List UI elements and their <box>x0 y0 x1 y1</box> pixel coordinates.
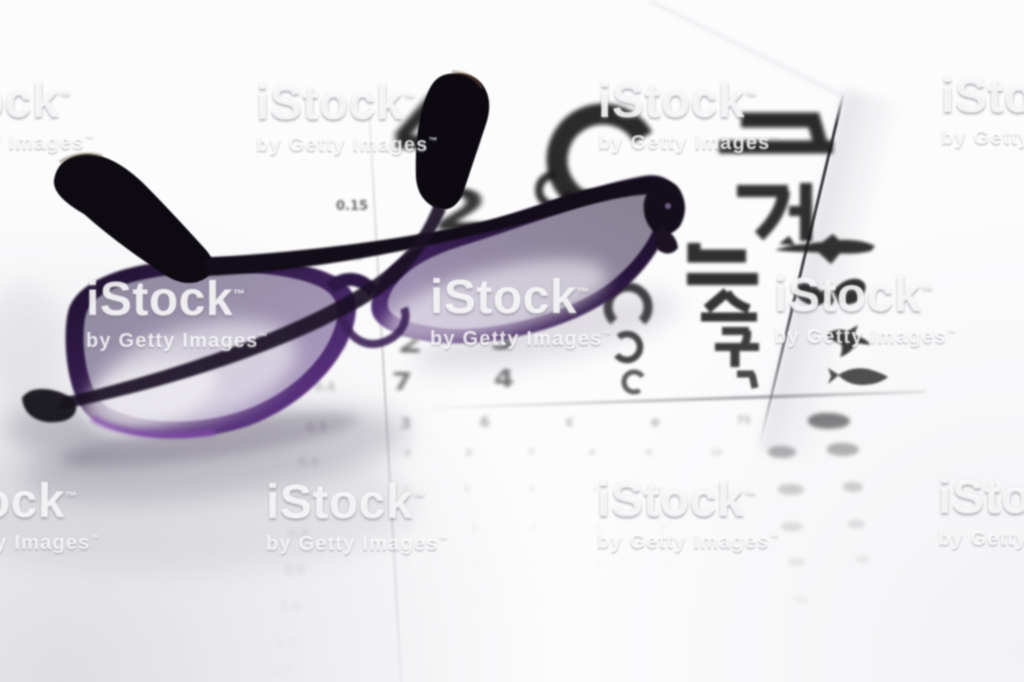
acuity-label: 0.6 <box>298 456 319 468</box>
glasses-shadow <box>0 279 682 570</box>
right-hinge <box>644 180 685 253</box>
faint-picture-silhouette <box>778 484 804 495</box>
faint-picture-silhouette <box>848 520 865 528</box>
acuity-label: 0.7 <box>293 492 314 504</box>
faint-chart-glyph: o <box>656 486 662 494</box>
watermark-byline: by Getty Images™ <box>86 331 269 351</box>
watermark-tile: iStock™by Getty Images™ <box>938 474 1024 549</box>
airplane-icon <box>775 234 875 264</box>
faint-picture-silhouette <box>781 522 803 531</box>
acuity-label: 1.5 <box>273 664 294 676</box>
faint-picture-silhouette <box>827 443 859 456</box>
watermark-tile: iStock™by Getty Images™ <box>430 274 613 349</box>
landolt-ring <box>613 333 641 361</box>
watermark-logo: iStock™ <box>774 272 957 320</box>
acuity-label: 0.8 <box>288 528 309 540</box>
watermark-byline: by Getty Images™ <box>598 133 781 153</box>
faint-chart-glyph: c <box>721 525 725 531</box>
watermark-tile: iStock™by Getty Images™ <box>256 80 439 155</box>
watermark-tile: iStock™by Getty Images™ <box>598 78 781 153</box>
faint-chart-glyph: 6 <box>472 525 477 532</box>
landolt-ring-column <box>533 104 659 394</box>
watermark-logo: iStock™ <box>941 73 1024 121</box>
faint-chart-glyph: 3 <box>400 416 411 432</box>
chart-digit: 3 <box>420 243 450 272</box>
faint-chart-glyph: 7 <box>716 486 721 493</box>
faint-picture-silhouette <box>855 556 870 563</box>
landolt-ring <box>547 104 660 217</box>
chart-digit: 4 <box>494 369 514 389</box>
landolt-ring <box>622 370 645 393</box>
faint-chart-glyph: 3 <box>408 637 411 642</box>
left-lens <box>66 258 356 450</box>
chart-symbols <box>0 0 1024 682</box>
acuity-label: 0.4 <box>314 381 335 393</box>
chart-digit: 6 <box>502 286 528 312</box>
glasses-contact-shadow <box>59 401 361 478</box>
chart-section-divider <box>418 390 926 409</box>
watermark-logo: iStock™ <box>430 274 613 322</box>
left-end-piece <box>22 389 76 422</box>
watermark-tile: iStock™by Getty Images™ <box>266 479 449 554</box>
faint-chart-glyph: o <box>589 449 595 458</box>
nose-pad-wire <box>342 308 406 344</box>
chart-digit: 2 <box>398 332 422 354</box>
folded-reading-glasses <box>0 0 1024 682</box>
overexposure-fade <box>0 0 1024 682</box>
faint-picture-silhouette <box>808 413 850 429</box>
watermark-logo: iStock™ <box>86 276 269 324</box>
right-temple-arm <box>58 72 489 410</box>
faint-chart-glyph: o <box>599 598 603 604</box>
acuity-label: 0.2 <box>342 250 363 262</box>
faint-chart-glyph: 5 <box>464 486 470 494</box>
chart-column-divider <box>368 108 402 682</box>
watermark-byline: by Getty Images™ <box>430 329 613 349</box>
faint-chart-glyph: 4 <box>529 486 535 494</box>
watermark-byline: by Getty Images™ <box>0 533 101 553</box>
watermark-logo: iStock™ <box>256 80 439 128</box>
faint-chart-glyph: 4 <box>404 449 411 459</box>
watermark-logo: iStock™ <box>266 479 449 527</box>
faint-picture-silhouette <box>793 596 809 603</box>
chart-digit: 5 <box>416 290 441 314</box>
watermark-byline: by Getty Images™ <box>774 327 957 347</box>
faint-picture-silhouette <box>788 558 806 566</box>
faint-chart-glyph: 6 <box>480 416 490 430</box>
watermark-logo: iStock™ <box>0 78 95 126</box>
watermark-byline: by Getty Images™ <box>938 529 1024 549</box>
acuity-label: 1.0 <box>280 600 301 612</box>
faint-chart-glyph: 3 <box>465 449 472 459</box>
watermark-tile: iStock™by Getty Images™ <box>0 78 95 153</box>
landolt-ring <box>583 235 632 284</box>
faint-chart-glyph: 5 <box>405 560 409 566</box>
faint-chart-glyph: 4 <box>476 598 480 604</box>
faint-chart-glyph: o <box>596 525 601 532</box>
left-temple-arm <box>54 154 656 283</box>
faint-chart-glyph: 5 <box>536 598 540 604</box>
chart-digit: 7 <box>508 235 546 270</box>
faint-chart-glyph: 2 <box>531 525 536 532</box>
faint-chart-glyph: n <box>646 449 652 458</box>
bird-icon <box>826 325 870 357</box>
faint-chart-glyph: 5 <box>661 525 666 532</box>
watermark-byline: by Getty Images™ <box>0 133 95 153</box>
faint-chart-glyph: 12 <box>711 449 722 457</box>
fish-icon <box>828 368 888 385</box>
hangul-gu <box>715 331 759 367</box>
watermark-logo: iStock™ <box>938 474 1024 522</box>
faint-chart-glyph: o <box>662 560 666 566</box>
faint-chart-glyph: 2 <box>403 486 409 494</box>
stock-photo-glasses-on-eye-chart: 0.150.20.250.30.40.50.60.70.80.91.01.21.… <box>0 0 1024 682</box>
watermark-tile: iStock™by Getty Images™ <box>941 73 1024 148</box>
butterfly-icon <box>796 279 865 308</box>
faint-chart-glyph: 7 <box>477 637 480 642</box>
bottom-left-shadow-wash <box>0 0 1024 682</box>
watermark-logo: iStock™ <box>597 477 780 525</box>
faint-picture-silhouette <box>768 446 796 458</box>
hangul-ga <box>737 183 806 241</box>
faint-chart-glyph: c <box>594 486 599 494</box>
landolt-ring <box>565 189 619 243</box>
acuity-label: 0.15 <box>336 200 368 213</box>
sheet-edge-shadow <box>759 90 913 466</box>
acuity-label: 0.3 <box>325 339 346 351</box>
chart-digit: 7 <box>392 372 412 392</box>
watermark-byline: by Getty Images™ <box>266 534 449 554</box>
faint-chart-glyph: c <box>566 416 574 429</box>
faint-chart-glyph: 71 <box>737 416 751 426</box>
faint-chart-glyph: 3 <box>403 525 408 532</box>
watermark-tile: iStock™by Getty Images™ <box>774 272 957 347</box>
faint-chart-glyph: 7 <box>528 449 534 458</box>
faint-chart-glyph: 2 <box>407 598 411 604</box>
bridge <box>330 279 374 292</box>
sheet-right-edge <box>758 93 845 446</box>
chart-digit: 3 <box>491 329 514 351</box>
acuity-label: 0.25 <box>334 296 364 308</box>
faint-chart-glyph: 7 <box>534 560 538 566</box>
watermark-logo: iStock™ <box>598 78 781 126</box>
faint-chart-glyph: 2 <box>537 637 540 642</box>
faint-chart-glyph: 2 <box>474 560 478 566</box>
landolt-ring <box>608 287 648 327</box>
hangul-geu <box>719 114 833 149</box>
watermark-byline: by Getty Images™ <box>941 128 1024 148</box>
watermark-logo: iStock™ <box>0 478 101 526</box>
chart-digit: 4 <box>390 88 480 168</box>
acuity-label: 1.2 <box>276 636 297 648</box>
hangul-giyeok <box>737 374 755 388</box>
faint-picture-silhouette <box>843 482 863 492</box>
right-lens <box>371 175 676 362</box>
sheet-top-edge <box>649 0 843 97</box>
hangul-seu <box>701 292 757 317</box>
faint-chart-glyph: o <box>651 416 659 428</box>
acuity-label: 0.5 <box>306 422 327 434</box>
bottom-right-wash <box>0 0 1024 682</box>
landolt-ring <box>533 169 575 211</box>
chart-digit: 2 <box>432 190 489 235</box>
watermark-byline: by Getty Images™ <box>597 532 780 552</box>
watermark-byline: by Getty Images™ <box>256 135 439 155</box>
watermark-tile: iStock™by Getty Images™ <box>86 276 269 351</box>
watermark-tile: iStock™by Getty Images™ <box>597 477 780 552</box>
watermark-tile: iStock™by Getty Images™ <box>0 478 101 553</box>
faint-chart-glyph: 3 <box>597 560 601 566</box>
acuity-label: 0.9 <box>284 564 305 576</box>
hangul-neu <box>687 243 758 279</box>
